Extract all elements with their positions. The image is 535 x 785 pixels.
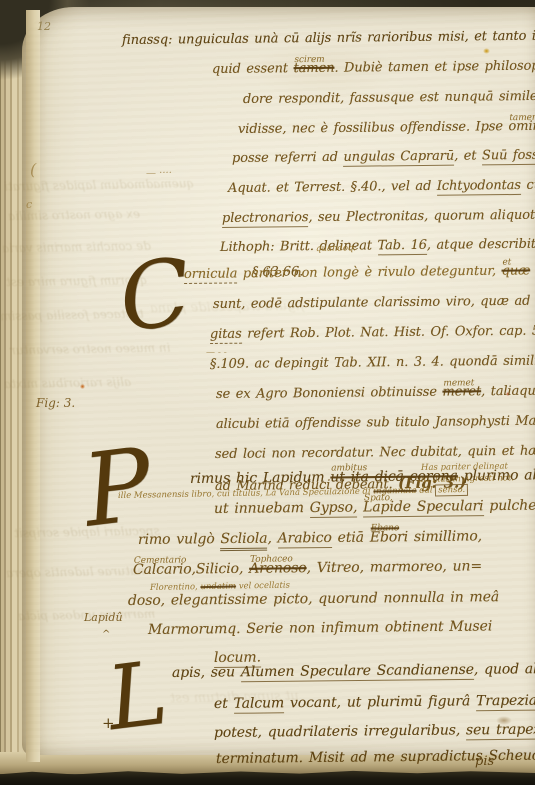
text-run: refert Rob. Plot. Nat. Hist. Of. Oxfor. … bbox=[242, 324, 535, 342]
text-run: et bbox=[214, 696, 234, 712]
text-run: quid essent bbox=[212, 61, 294, 77]
text-run: , taliaque bbox=[481, 384, 535, 400]
interlinear-insertion: quandoq: bbox=[316, 243, 356, 254]
orange-fleck-stain bbox=[80, 384, 85, 389]
correction: memetmeret bbox=[442, 383, 481, 401]
text-line: vidisse, nec è fossilibus offendisse. Ip… bbox=[238, 117, 535, 139]
correction: EbanoEbori bbox=[370, 528, 408, 546]
underlined-word: Trapeziades bbox=[476, 692, 535, 711]
underlined-phrase: plectronarios bbox=[222, 210, 309, 228]
text-line: CementarioCalcario, Silicio, TophaceoAre… bbox=[133, 557, 482, 579]
margin-insertion-word: Lapidû bbox=[84, 611, 123, 624]
underlined-word: Arabico bbox=[278, 530, 332, 549]
text-run: , quod alij bbox=[474, 661, 535, 678]
correction: tamenominus suspicatur bbox=[508, 117, 535, 136]
text-line: sed loci non recordatur. Nec dubitat, qu… bbox=[215, 443, 535, 464]
text-run: apis, seu bbox=[172, 664, 241, 681]
text-run: dal bbox=[416, 485, 435, 495]
margin-paren-mark: ( bbox=[30, 160, 36, 179]
text-line: dore respondit, fassusque est nunquā sim… bbox=[243, 87, 535, 109]
text-line: Lithoph: Britt. delineat Tab. 16, atque … bbox=[220, 236, 535, 257]
text-line: ut innuebam Gypso, Spato,Lapide Specular… bbox=[214, 496, 535, 518]
text-run: Aquat. et Terrest. §.40., vel ad bbox=[228, 179, 437, 196]
text-line: et Talcum vocant, ut plurimū figurâ Trap… bbox=[214, 691, 535, 713]
underlined-word: ornicula bbox=[184, 266, 238, 284]
text-line: sunt, eodē adstipulante clarissimo viro,… bbox=[213, 292, 535, 314]
text-run: se ex Agro Bononiensi obtinuisse bbox=[216, 385, 443, 402]
interlinear-insertion: scirem bbox=[294, 51, 324, 69]
catchword: pis bbox=[475, 754, 494, 769]
text-line: rimo vulgò Scliola, Arabico etiā EbanoEb… bbox=[138, 527, 482, 549]
text-run: , bbox=[267, 531, 277, 547]
text-line: posse referri ad ungulas Caprarū, et Suū… bbox=[232, 146, 535, 168]
underlined-phrase: Tab. 16 bbox=[377, 238, 427, 256]
interlinear-insertion: Spato, bbox=[364, 489, 393, 507]
text-run: eadem bbox=[530, 263, 535, 279]
text-run: , et bbox=[454, 148, 482, 163]
interlinear-insertion: ambitus bbox=[331, 459, 367, 477]
text-run: simillimo, bbox=[408, 528, 482, 545]
text-run: §.109. ac depingit Tab. XII. n. 3. 4. qu… bbox=[210, 353, 535, 372]
underlined-word: gitas bbox=[210, 327, 242, 344]
text-run: dore respondit, fassusque est nunquā sim… bbox=[243, 88, 535, 107]
gold-fleck-stain bbox=[483, 48, 490, 54]
text-run: posse referri ad bbox=[232, 150, 344, 166]
margin-plus-mark: + bbox=[102, 714, 115, 732]
text-run: etiā bbox=[332, 530, 370, 546]
text-line: rimus hic Lapidum ambitusut ita dicā cor… bbox=[190, 466, 535, 488]
margin-figure-label: Fig: 3. bbox=[36, 396, 75, 410]
text-line: Marmorumq. Serie non infimum obtinent Mu… bbox=[148, 617, 492, 639]
text-run: finassq: unguiculas unà cū alijs nrĩs ra… bbox=[122, 28, 535, 48]
decorated-initial-C: C bbox=[115, 246, 196, 346]
text-run: vocant, ut plurimū figurâ bbox=[284, 693, 476, 711]
text-line: apis, seu Alumen Speculare Scandianense,… bbox=[172, 659, 535, 682]
correction: TophaceoArenoso bbox=[249, 559, 307, 578]
text-run: potest, quadrilateris irregularibus, bbox=[214, 722, 466, 741]
interlinear-insertion: memet bbox=[443, 374, 474, 392]
bleedthrough-text: naturae ludentis opera bbox=[6, 564, 145, 580]
text-line: §.109. ac depingit Tab. XII. n. 3. 4. qu… bbox=[210, 352, 535, 374]
text-run: rimo vulgò bbox=[138, 531, 221, 548]
decorated-initial-P: P bbox=[78, 434, 157, 541]
text-run: alicubi etiā offendisse sub titulo Janso… bbox=[216, 413, 535, 432]
correction: Spato,Lapide Speculari bbox=[363, 497, 484, 516]
interlinear-insertion: et bbox=[502, 254, 511, 272]
interlinear-insertion: tamen bbox=[509, 109, 535, 127]
text-run: sunt, eodē adstipulante clarissimo viro,… bbox=[213, 294, 535, 312]
text-run: pulcher= bbox=[483, 497, 535, 514]
boxed-word: senso. bbox=[435, 484, 468, 497]
correction: sciremtamen bbox=[293, 60, 334, 78]
text-run: ut innuebam bbox=[214, 500, 310, 517]
interlinear-insertion: Tophaceo bbox=[250, 550, 293, 568]
margin-dash-dots-mark: — ···· bbox=[146, 168, 172, 179]
underlined-phrase: Suū fossiles bbox=[482, 148, 535, 166]
correction: ambitusut ita dicā corona bbox=[330, 467, 458, 486]
struck-insertion: Ebano bbox=[371, 519, 400, 537]
text-line: potest, quadrilateris irregularibus, seu… bbox=[214, 720, 535, 742]
manuscript-photo: quemadmodum lapides figurati ex agro nos… bbox=[0, 0, 535, 785]
double-underlined-word: Scliola bbox=[220, 531, 267, 551]
correction: etquæ bbox=[501, 262, 530, 280]
text-run: , Vitreo, marmoreo, un= bbox=[307, 558, 483, 576]
text-line: plectronarios, seu Plectronitas, quorum … bbox=[222, 206, 535, 228]
text-run: , seu Plectronitas, quorum aliquot in su… bbox=[308, 207, 535, 225]
correction: CementarioCalcario, bbox=[133, 560, 196, 579]
text-run: plurimo abundat, bbox=[458, 467, 535, 484]
underlined-phrase: Ichtyodontas bbox=[437, 178, 521, 196]
text-run: Marmorumq. Serie non infimum obtinent Mu… bbox=[148, 618, 492, 638]
text-run: doso, elegantissime picto, quorund nonnu… bbox=[128, 589, 499, 609]
text-run: pariter non longè è rivulo deteguntur, bbox=[237, 264, 501, 282]
underlined-phrase: ungulas Caprarū bbox=[343, 149, 454, 167]
insertion-caret: ^ bbox=[102, 629, 110, 640]
underlined-phrase: Alumen Speculare Scandianense bbox=[241, 662, 474, 682]
underlined-phrase: seu trapezijs planis bbox=[466, 721, 535, 740]
text-line: Aquat. et Terrest. §.40., vel ad Ichtyod… bbox=[228, 176, 535, 198]
text-run: , atque describit bbox=[427, 237, 535, 253]
text-line: alicubi etiā offendisse sub titulo Janso… bbox=[216, 412, 535, 434]
underlined-word: Talcum bbox=[233, 695, 284, 714]
bleedthrough-text: alijs rarioribus mixta bbox=[4, 375, 131, 391]
margin-c-mark: c bbox=[26, 198, 32, 211]
text-run: sed loci non recordatur. Nec dubitat, qu… bbox=[215, 444, 535, 462]
text-run: Silicio, bbox=[196, 561, 244, 577]
text-run: vidisse, nec è fossilibus offendisse. Ip… bbox=[238, 119, 509, 137]
text-line: gitas refert Rob. Plot. Nat. Hist. Of. O… bbox=[210, 323, 535, 344]
text-line: ornicula pariter non longè è rivulo dete… bbox=[184, 262, 535, 284]
text-run: . Dubiè tamen et ipse philosophico can= bbox=[334, 58, 535, 76]
text-line: quid essent sciremtamen. Dubiè tamen et … bbox=[212, 57, 535, 79]
underlined-word: Gypso, bbox=[310, 500, 358, 518]
folio-number: 12 bbox=[37, 20, 51, 33]
interlinear-insertion: Cementario bbox=[134, 551, 187, 570]
text-run: cuspidatos bbox=[521, 177, 535, 193]
text-line: se ex Agro Bononiensi obtinuisse memetme… bbox=[216, 383, 535, 404]
text-run: rimus hic Lapidum bbox=[190, 470, 331, 487]
